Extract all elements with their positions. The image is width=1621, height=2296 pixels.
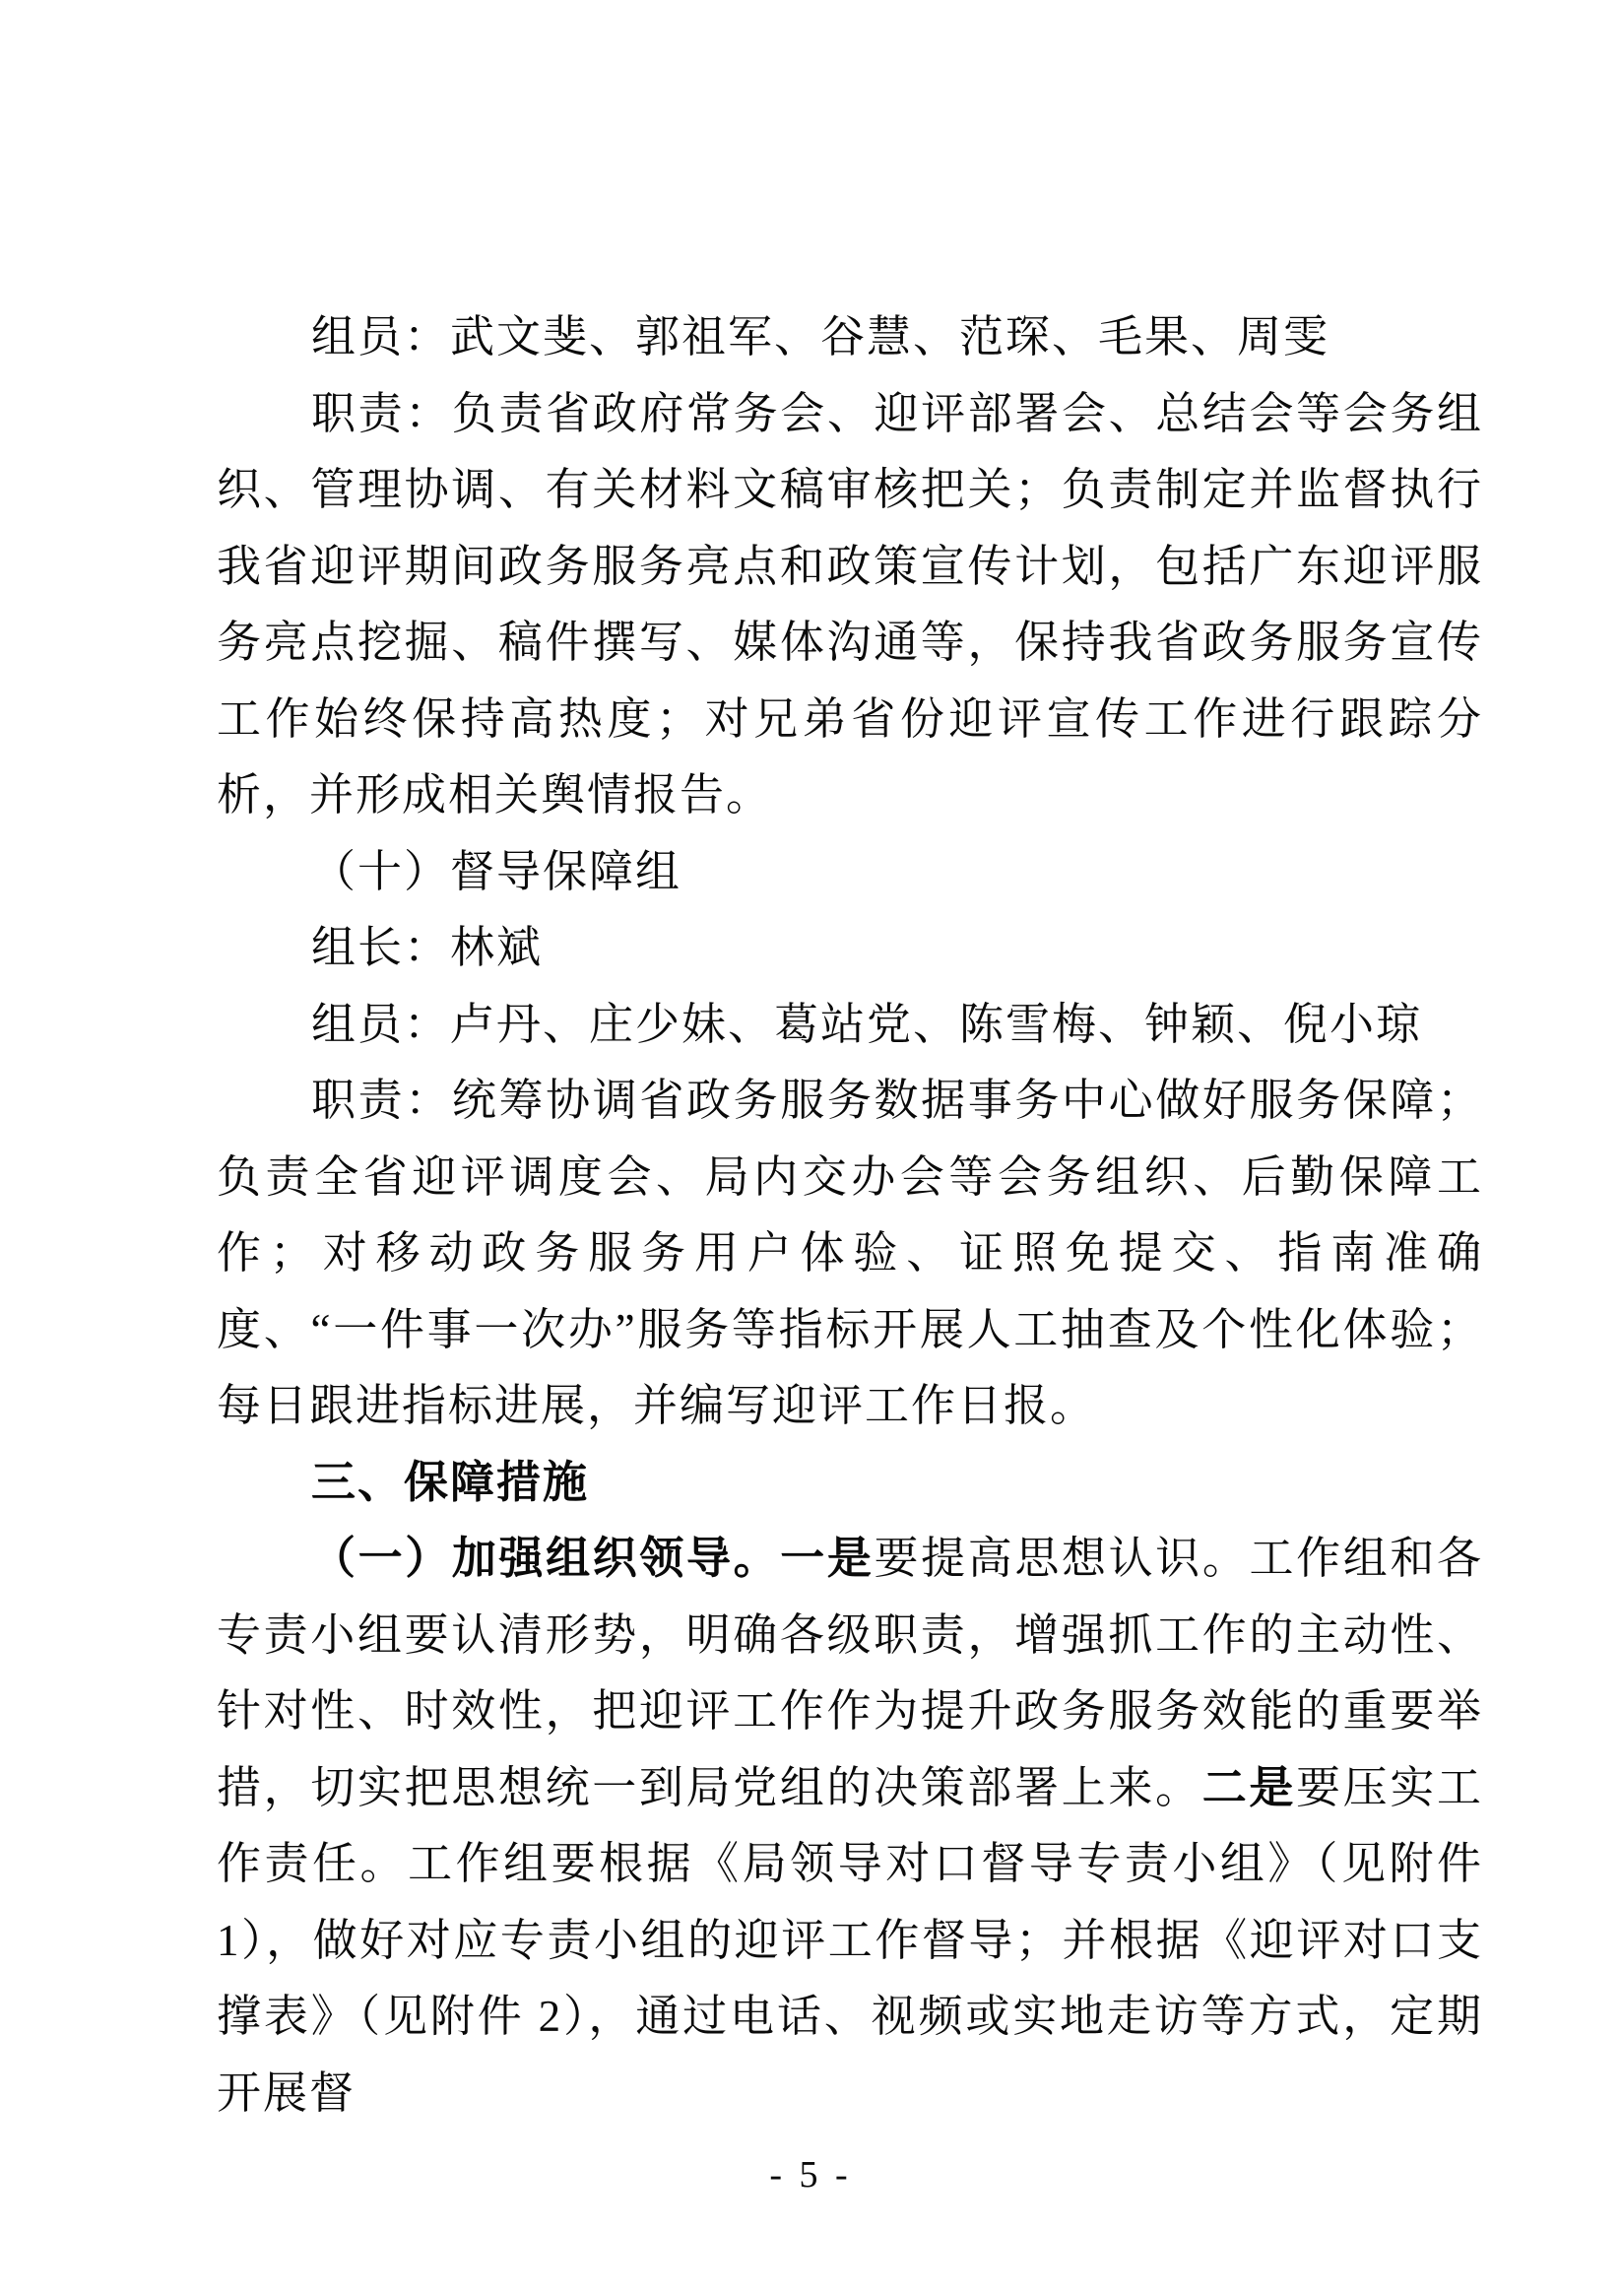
text-run: 组长：林斌 [311,923,543,972]
paragraph-duties-support-group: 职责：统筹协调省政务服务数据事务中心做好服务保障；负责全省迎评调度会、局内交办会… [217,1063,1483,1445]
text-run: （一）加强组织领导。 [311,1534,780,1583]
document-body: 组员：武文斐、郭祖军、谷慧、范琛、毛果、周雯职责：负责省政府常务会、迎评部署会、… [217,299,1483,2132]
document-page: 组员：武文斐、郭祖军、谷慧、范琛、毛果、周雯职责：负责省政府常务会、迎评部署会、… [0,0,1621,2296]
paragraph-measure-one: （一）加强组织领导。一是要提高思想认识。工作组和各专责小组要认清形势，明确各级职… [217,1521,1483,2132]
text-run: 组员：武文斐、郭祖军、谷慧、范琛、毛果、周雯 [311,312,1329,361]
text-run: 职责：统筹协调省政务服务数据事务中心做好服务保障；负责全省迎评调度会、局内交办会… [217,1076,1483,1430]
text-run: （十）督导保障组 [311,847,681,896]
paragraph-section-ten-heading: （十）督导保障组 [217,834,1483,911]
text-run: 二是 [1202,1763,1296,1812]
text-run: 组员：卢丹、庄少妹、葛站党、陈雪梅、钟颖、倪小琼 [311,1000,1422,1049]
paragraph-duties-publicity-group: 职责：负责省政府常务会、迎评部署会、总结会等会务组织、管理协调、有关材料文稿审核… [217,376,1483,834]
paragraph-members-publicity-group: 组员：武文斐、郭祖军、谷慧、范琛、毛果、周雯 [217,299,1483,376]
text-run: 一是 [780,1534,874,1583]
text-run: 三、保障措施 [311,1458,589,1507]
text-run: 职责：负责省政府常务会、迎评部署会、总结会等会务组织、管理协调、有关材料文稿审核… [217,389,1483,820]
text-run: 要压实工作责任。工作组要根据《局领导对口督导专责小组》（见附件 1），做好对应专… [217,1763,1483,2118]
page-number: - 5 - [0,2153,1621,2197]
paragraph-section-three-heading: 三、保障措施 [217,1445,1483,1522]
paragraph-members-support-group: 组员：卢丹、庄少妹、葛站党、陈雪梅、钟颖、倪小琼 [217,987,1483,1064]
paragraph-group-leader: 组长：林斌 [217,910,1483,987]
